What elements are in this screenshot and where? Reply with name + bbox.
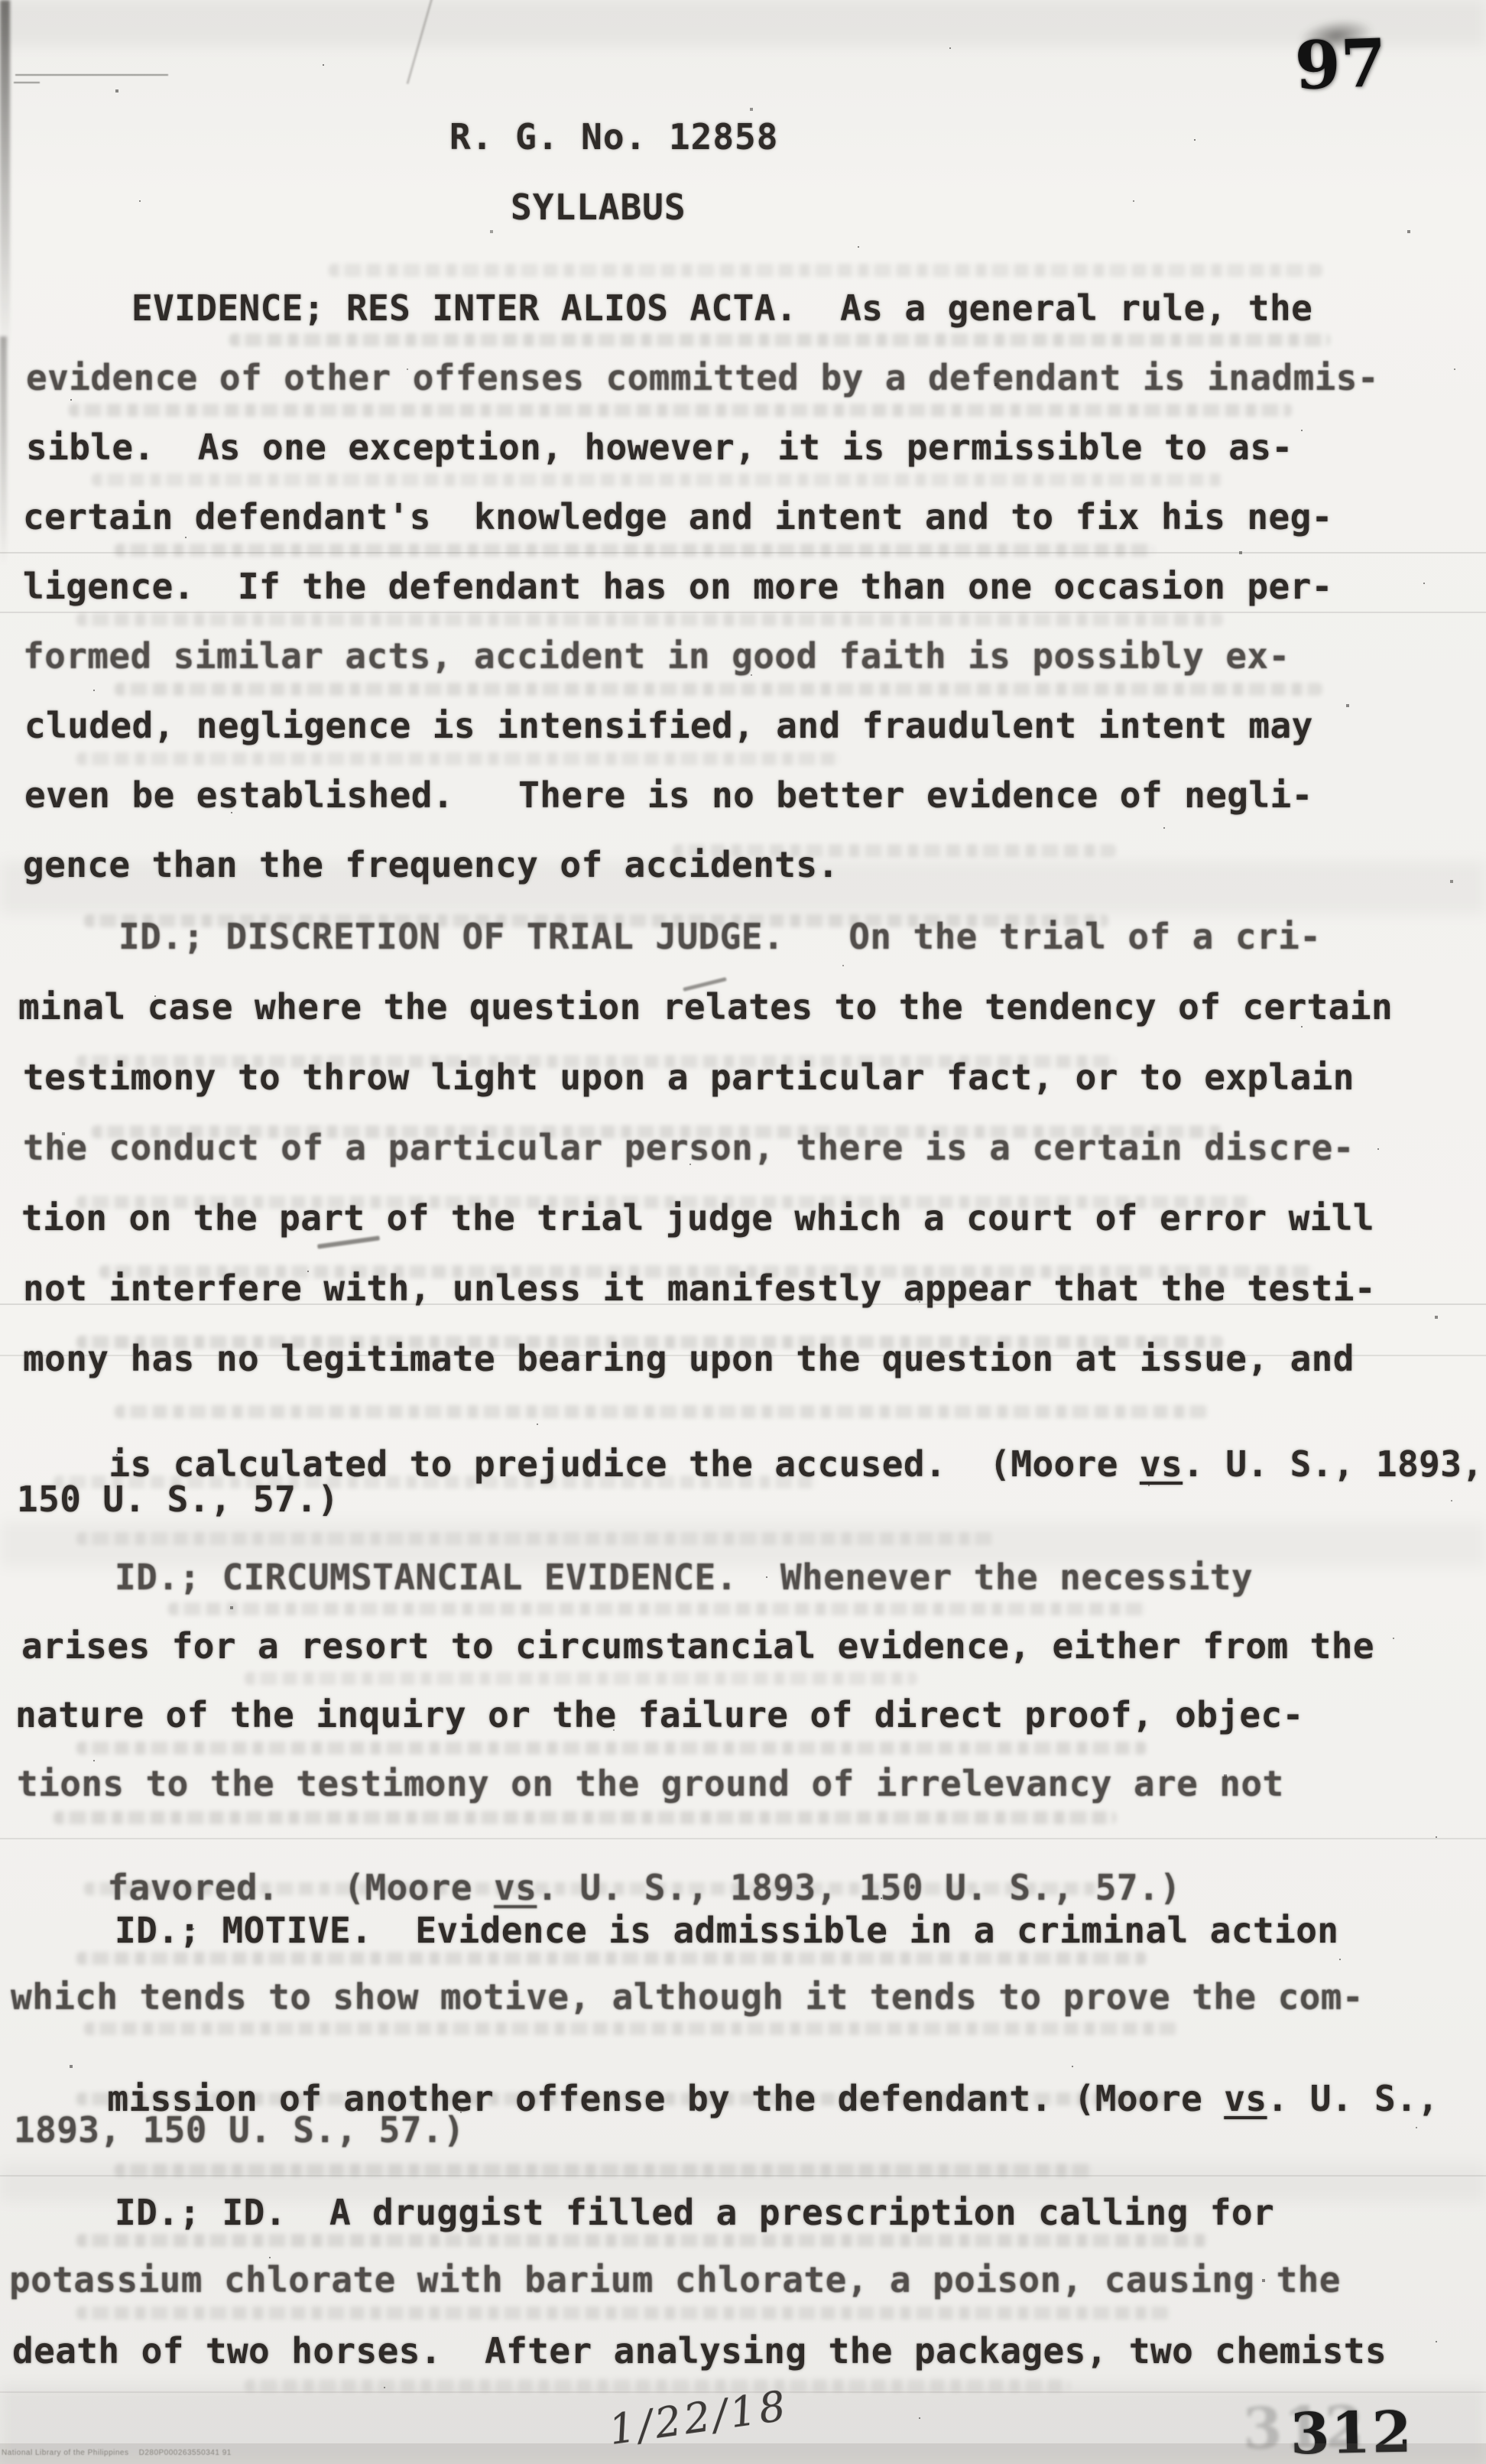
library-watermark-name: National Library of the Philippines: [2, 2449, 128, 2457]
scan-streak-line: [0, 1355, 1486, 1356]
scan-streak-line: [0, 552, 1486, 554]
margin-mark: [15, 74, 168, 76]
typed-line: ID.; CIRCUMSTANCIAL EVIDENCE. Whenever t…: [115, 1560, 1253, 1595]
bleedthrough-text-line: [229, 333, 1330, 346]
typed-line: which tends to show motive, although it …: [11, 1979, 1364, 2014]
library-watermark: National Library of the Philippines D280…: [2, 2449, 232, 2457]
bleedthrough-text-line: [76, 2234, 1208, 2247]
typed-line: potassium chlorate with barium chlorate,…: [9, 2262, 1341, 2297]
bleedthrough-text-line: [92, 473, 1223, 486]
bleedthrough-text-line: [115, 1405, 1208, 1418]
bleedthrough-text-line: [54, 1811, 1116, 1824]
bleedthrough-text-line: [245, 2379, 1070, 2392]
bleedthrough-text-line: [329, 264, 1322, 277]
bleedthrough-text-line: [76, 613, 1223, 626]
bleedthrough-text-line: [76, 1742, 1147, 1755]
bleedthrough-text-line: [76, 1196, 1254, 1209]
scan-streak-line: [0, 1303, 1486, 1305]
bleedthrough-text-line: [245, 1672, 917, 1685]
dust-specks: [0, 0, 2, 2]
bleedthrough-text-line: [115, 544, 1154, 557]
typed-line: 1893, 150 U. S., 57.): [14, 2112, 465, 2147]
docket-number: R. G. No. 12858: [449, 119, 778, 154]
typed-line: certain defendant's knowledge and intent…: [23, 499, 1333, 534]
typed-line: death of two horses. After analysing the…: [12, 2333, 1387, 2368]
typed-line: evidence of other offenses committed by …: [26, 360, 1379, 395]
bleedthrough-text-line: [54, 1475, 818, 1488]
scan-streak-line: [0, 612, 1486, 613]
scanned-document-page: 97 R. G. No. 12858 SYLLABUS EVIDENCE; RE…: [0, 0, 1486, 2464]
bleedthrough-text-line: [168, 1602, 1147, 1615]
bleedthrough-text-line: [84, 1882, 1101, 1895]
typed-line: ID.; ID. A druggist filled a prescriptio…: [115, 2195, 1274, 2230]
typed-line: ligence. If the defendant has on more th…: [23, 569, 1333, 604]
bleedthrough-text-line: [76, 1532, 994, 1545]
bleedthrough-text-line: [673, 844, 1116, 857]
bleedthrough-text-line: [76, 1055, 1116, 1068]
bleedthrough-text-line: [92, 1125, 1223, 1138]
margin-mark: [14, 82, 40, 83]
scan-streak-line: [0, 1838, 1486, 1839]
page-edge-shadow: [0, 0, 10, 352]
bleedthrough-text-line: [76, 1336, 1223, 1349]
typed-line: EVIDENCE; RES INTER ALIOS ACTA. As a gen…: [131, 291, 1312, 326]
scan-band: [0, 0, 1486, 46]
bleedthrough-text-line: [76, 2092, 1177, 2105]
typed-line: arises for a resort to circumstancial ev…: [21, 1628, 1374, 1664]
bleedthrough-text-line: [69, 404, 1292, 417]
library-watermark-code: D280P000263550341 91: [128, 2449, 231, 2457]
typed-line: ID.; MOTIVE. Evidence is admissible in a…: [115, 1913, 1338, 1948]
typed-line: minal case where the question relates to…: [18, 989, 1393, 1024]
bleedthrough-text-line: [76, 1952, 1147, 1965]
page-title: SYLLABUS: [511, 190, 686, 225]
bleedthrough-text-line: [99, 1265, 1315, 1278]
typed-line: tions to the testimony on the ground of …: [17, 1766, 1284, 1801]
typed-line: nature of the inquiry or the failure of …: [15, 1697, 1304, 1732]
citation-vs: vs: [1140, 1443, 1183, 1485]
typed-line: formed similar acts, accident in good fa…: [23, 638, 1290, 674]
page-edge-shadow: [0, 336, 7, 566]
scan-streak-line: [0, 2391, 1486, 2393]
typed-line: sible. As one exception, however, it is …: [26, 430, 1293, 465]
typed-line: even be established. There is no better …: [24, 778, 1313, 813]
typed-line: cluded, negligence is intensified, and f…: [24, 708, 1313, 743]
citation-vs: vs: [1224, 2078, 1267, 2119]
bleedthrough-text-line: [76, 752, 841, 765]
bleedthrough-text-line: [76, 2307, 1170, 2320]
scan-streak-line: [0, 2175, 1486, 2177]
bleedthrough-text-line: [115, 683, 1322, 696]
citation-text: . U. S.,: [1267, 2078, 1439, 2119]
page-number-stamp: 97: [1294, 31, 1388, 99]
bleedthrough-text-line: [84, 914, 1108, 927]
citation-text: . U. S., 1893,: [1183, 1443, 1483, 1485]
bleedthrough-text-line: [84, 2022, 1177, 2035]
